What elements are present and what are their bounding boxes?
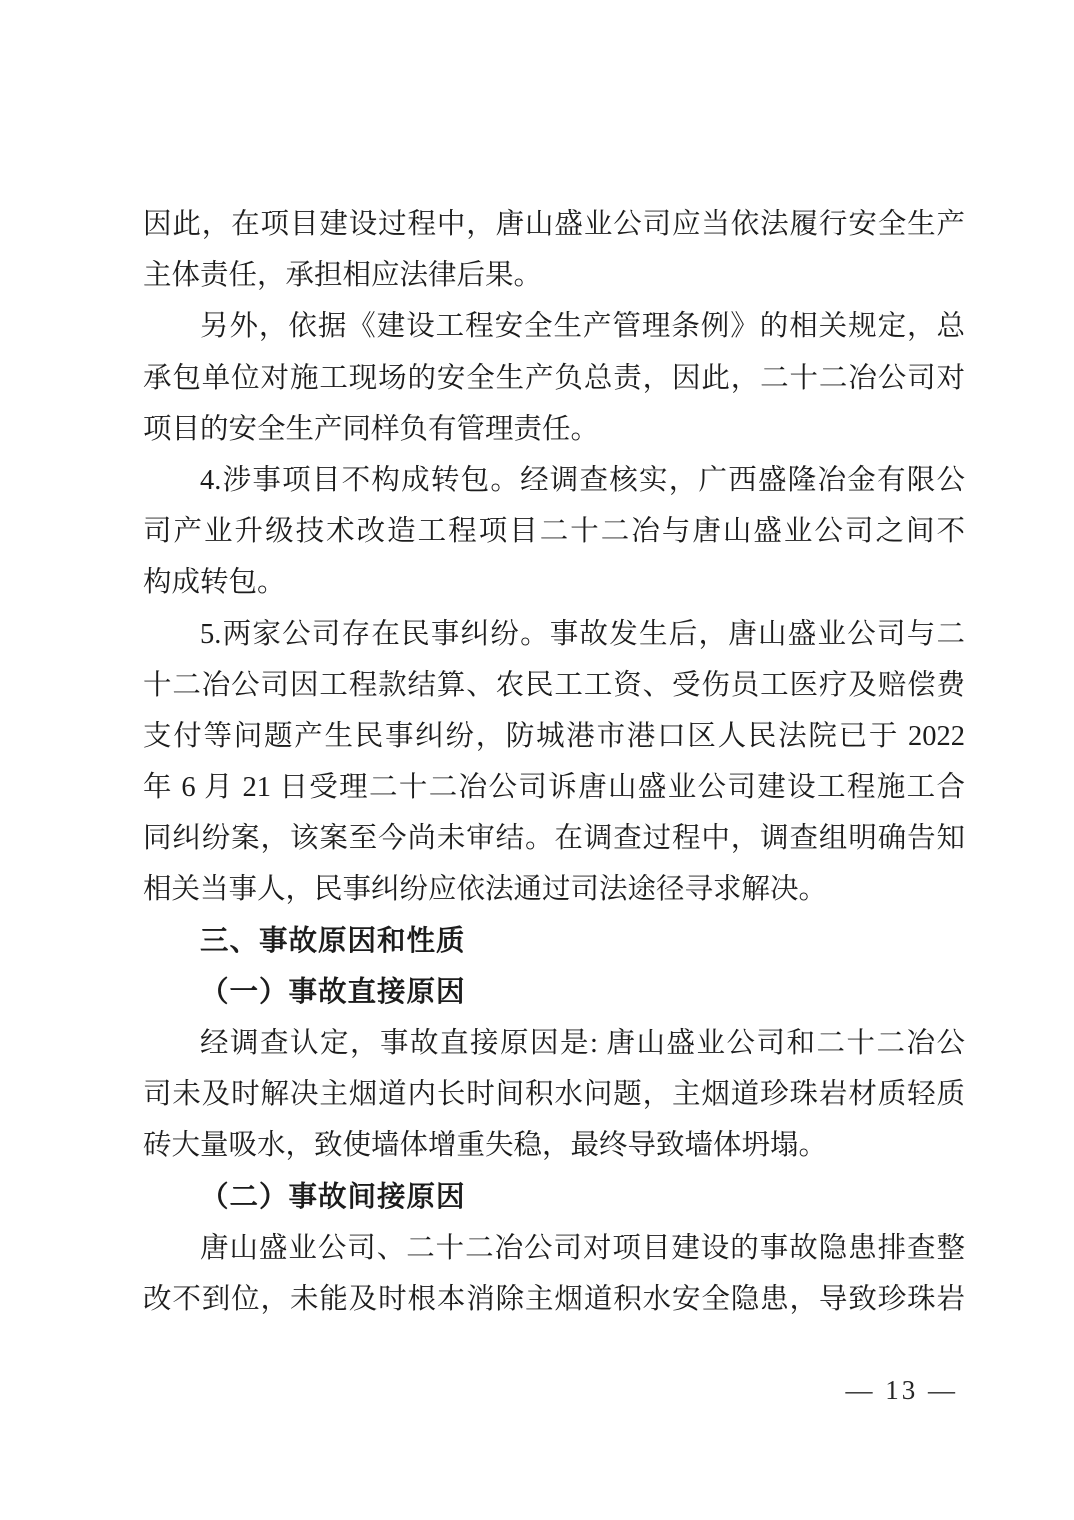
body-line: 构成转包。 (143, 557, 965, 608)
body-line: 相关当事人，民事纠纷应依法通过司法途径寻求解决。 (143, 864, 965, 915)
section-heading-3: 三、事故原因和性质 (143, 916, 965, 967)
body-line: 因此，在项目建设过程中，唐山盛业公司应当依法履行安全生产 (143, 199, 965, 250)
body-line: 项目的安全生产同样负有管理责任。 (143, 404, 965, 455)
body-line: 支付等问题产生民事纠纷，防城港市港口区人民法院已于 2022 (143, 711, 965, 762)
subsection-heading-2: （二）事故间接原因 (143, 1172, 965, 1223)
body-line: 十二冶公司因工程款结算、农民工工资、受伤员工医疗及赔偿费 (143, 660, 965, 711)
body-line: 主体责任，承担相应法律后果。 (143, 250, 965, 301)
body-line: 5.两家公司存在民事纠纷。事故发生后，唐山盛业公司与二 (143, 609, 965, 660)
body-line: 砖大量吸水，致使墙体增重失稳，最终导致墙体坍塌。 (143, 1120, 965, 1171)
document-page: 因此，在项目建设过程中，唐山盛业公司应当依法履行安全生产 主体责任，承担相应法律… (0, 0, 1074, 1520)
subsection-heading-1: （一）事故直接原因 (143, 967, 965, 1018)
body-line: 同纠纷案，该案至今尚未审结。在调查过程中，调查组明确告知 (143, 813, 965, 864)
text-block: 因此，在项目建设过程中，唐山盛业公司应当依法履行安全生产 主体责任，承担相应法律… (143, 199, 965, 1325)
body-line: 改不到位，未能及时根本消除主烟道积水安全隐患，导致珍珠岩 (143, 1274, 965, 1325)
body-line: 4.涉事项目不构成转包。经调查核实，广西盛隆冶金有限公 (143, 455, 965, 506)
body-line: 经调查认定，事故直接原因是: 唐山盛业公司和二十二冶公 (143, 1018, 965, 1069)
body-line: 司未及时解决主烟道内长时间积水问题，主烟道珍珠岩材质轻质 (143, 1069, 965, 1120)
body-line: 年 6 月 21 日受理二十二冶公司诉唐山盛业公司建设工程施工合 (143, 762, 965, 813)
body-line: 承包单位对施工现场的安全生产负总责，因此，二十二冶公司对 (143, 353, 965, 404)
body-line: 另外，依据《建设工程安全生产管理条例》的相关规定，总 (143, 301, 965, 352)
body-line: 唐山盛业公司、二十二冶公司对项目建设的事故隐患排查整 (143, 1223, 965, 1274)
body-line: 司产业升级技术改造工程项目二十二冶与唐山盛业公司之间不 (143, 506, 965, 557)
page-number: — 13 — (846, 1372, 959, 1408)
